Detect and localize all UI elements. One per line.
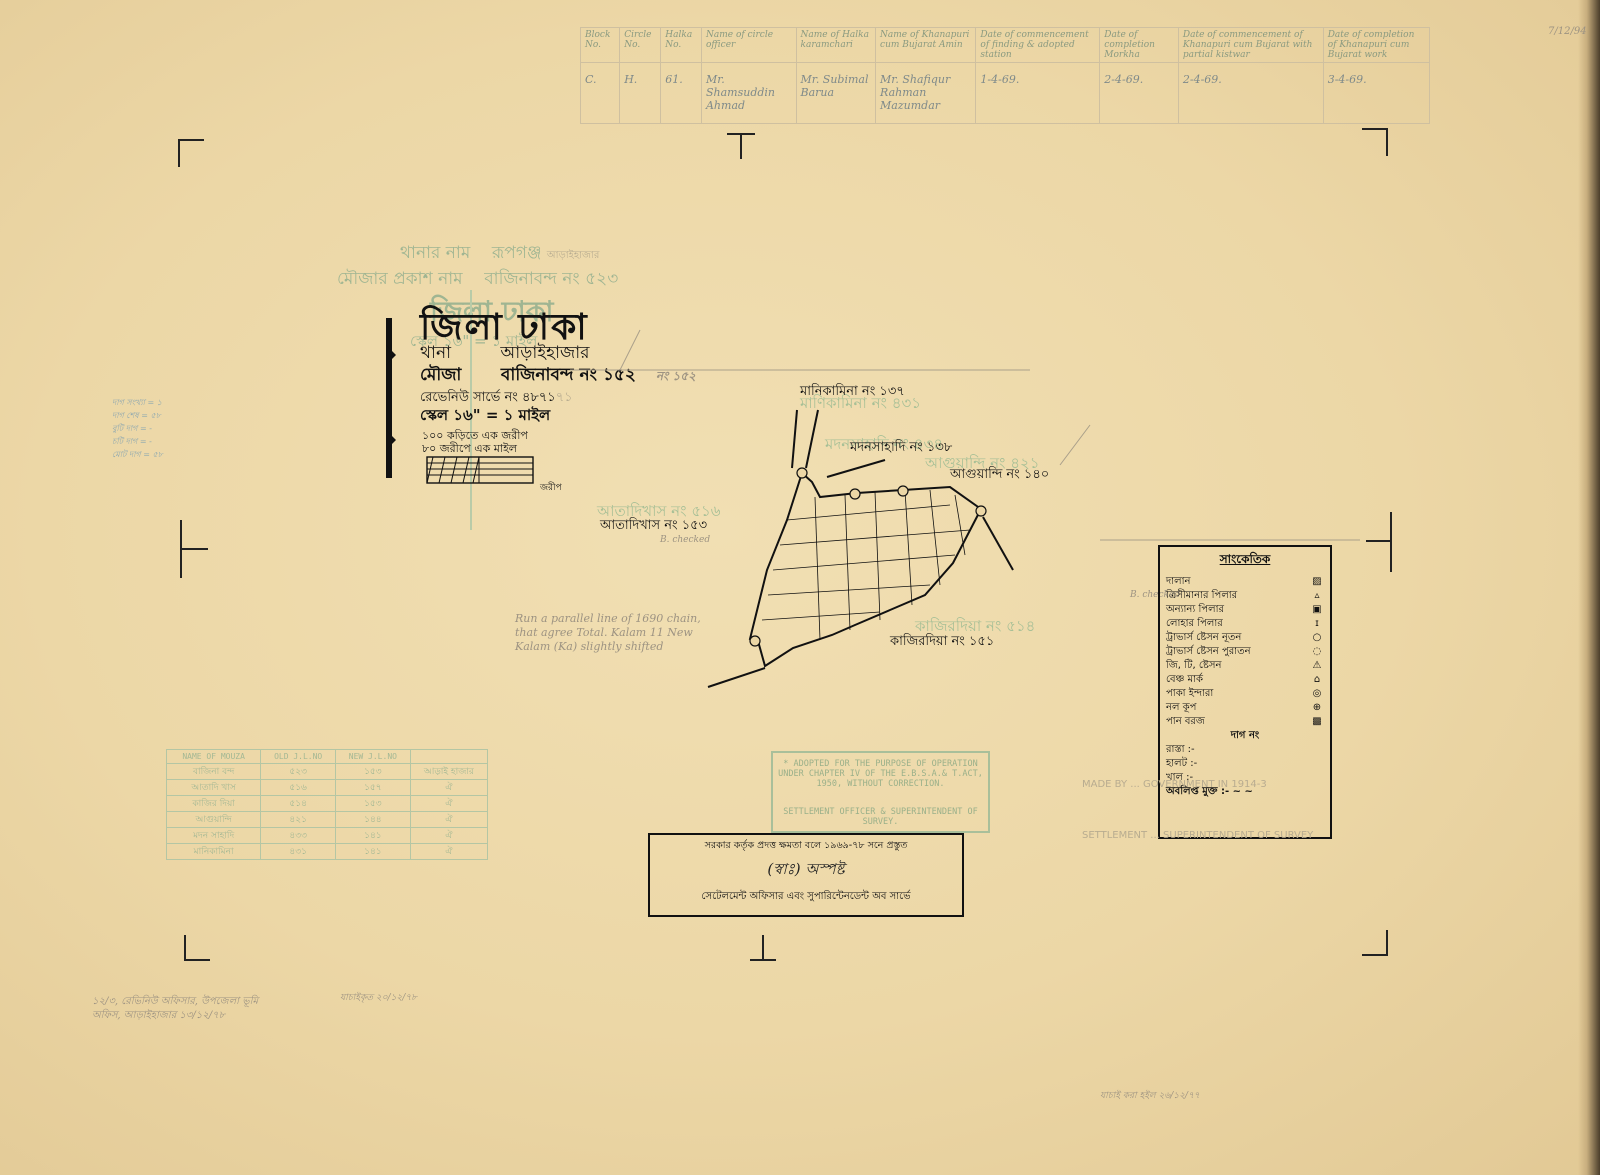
- mouza-jl-table: NAME OF MOUZA OLD J.L.NO NEW J.L.NO বাজি…: [166, 749, 488, 860]
- adj-mouza-label: আগুয়ান্দি নং ১৪০: [950, 465, 1049, 486]
- mouza-cell: মানিকামিনা: [167, 844, 261, 860]
- mouza-cell: ৪৩১: [261, 844, 336, 860]
- table-row: বাজিনা বন্দ৫২৩১৫৩আড়াই হাজার: [167, 764, 488, 780]
- legend-item: ট্রাভার্স ষ্টেসন নূতন○: [1160, 631, 1330, 645]
- legend-label: জি, টি, ষ্টেসন: [1166, 659, 1221, 673]
- legend-item: ত্রিসীমানার পিলার▵: [1160, 589, 1330, 603]
- mouza-cell: ৫২৩: [261, 764, 336, 780]
- pencil-note-bottom-right: যাচাই করা হইল ২৬/১২/৭৭: [1100, 1090, 1360, 1103]
- mouza-cell: ঐ: [410, 828, 487, 844]
- mouza-cell: ৪২১: [261, 812, 336, 828]
- legend-label: ট্রাভার্স ষ্টেসন নূতন: [1166, 631, 1241, 645]
- pencil-note-center-left: Run a parallel line of 1690 chain, that …: [515, 612, 725, 654]
- other-pillar-icon: ▣: [1310, 603, 1324, 617]
- certificate-box: সরকার কর্তৃক প্রদত্ত ক্ষমতা বলে ১৯৬৯-৭৮ …: [648, 833, 964, 917]
- legend-item: নল কূপ⊕: [1160, 701, 1330, 715]
- pencil-note-bottom-center: যাচাইকৃত ২০/১২/৭৮: [340, 990, 417, 1005]
- mouza-cell: ঐ: [410, 796, 487, 812]
- mouza-header: OLD J.L.NO: [261, 750, 336, 764]
- legend-title: সাংকেতিক: [1160, 551, 1330, 571]
- table-row: মানিকামিনা৪৩১১৪১ঐ: [167, 844, 488, 860]
- certificate-bottom: সেটেলমেন্ট অফিসার এবং সুপারিন্টেনডেন্ট অ…: [650, 889, 962, 906]
- building-hatch-icon: ▨: [1310, 575, 1324, 589]
- mouza-header: NAME OF MOUZA: [167, 750, 261, 764]
- stamp-line: UNDER CHAPTER IV OF THE E.B.S.A.& T.ACT,: [773, 769, 988, 779]
- legend-road: রাস্তা :-: [1160, 743, 1330, 757]
- legend-label: ট্রাভার্স ষ্টেসন পুরাতন: [1166, 645, 1251, 659]
- mouza-cell: ১৫৩: [336, 764, 411, 780]
- gt-station-icon: ⚠: [1310, 659, 1324, 673]
- table-row: আতাদি খাস৫১৬১৫৭ঐ: [167, 780, 488, 796]
- mouza-cell: ১৪৪: [336, 812, 411, 828]
- betel-garden-icon: ▩: [1310, 715, 1324, 729]
- adj-mouza-label: কাজিরদিয়া নং ১৫১: [890, 632, 994, 653]
- legend-label: দালান: [1166, 575, 1190, 589]
- adoption-stamp: * ADOPTED FOR THE PURPOSE OF OPERATION U…: [771, 751, 990, 833]
- stamp-line: SETTLEMENT OFFICER & SUPERINTENDENT OF: [773, 807, 988, 817]
- table-row: কাজির দিয়া৫১৪১৫৩ঐ: [167, 796, 488, 812]
- certificate-top: সরকার কর্তৃক প্রদত্ত ক্ষমতা বলে ১৯৬৯-৭৮ …: [650, 839, 962, 854]
- mouza-cell: মদন সাহাদি: [167, 828, 261, 844]
- iron-pillar-icon: ɪ: [1310, 617, 1324, 631]
- legend-label: লোহার পিলার: [1166, 617, 1223, 631]
- mouza-cell: ঐ: [410, 780, 487, 796]
- adj-mouza-label: মানিকামিনা নং ১৩৭: [800, 382, 905, 403]
- traverse-new-icon: ○: [1310, 631, 1324, 645]
- certificate-signature: (স্বাঃ) অস্পষ্ট: [650, 858, 962, 883]
- mouza-cell: ঐ: [410, 844, 487, 860]
- legend-label: অন্যান্য পিলার: [1166, 603, 1224, 617]
- legend-item: পাকা ইন্দারা◎: [1160, 687, 1330, 701]
- stamp-line: 1950, WITHOUT CORRECTION.: [773, 779, 988, 789]
- legend-plot-no: দাগ নং: [1160, 729, 1330, 743]
- faded-print-line: MADE BY ... GOVERNMENT IN 1914-3: [1082, 779, 1267, 790]
- legend-label: নল কূপ: [1166, 701, 1196, 715]
- legend-label: পান বরজ: [1166, 715, 1205, 729]
- faded-print-line: SETTLEMENT ... SUPERINTENDENT OF SURVEY: [1082, 830, 1313, 841]
- legend-item: লোহার পিলারɪ: [1160, 617, 1330, 631]
- map-sheet: Block No. Circle No. Halka No. Name of c…: [0, 0, 1600, 1175]
- pucca-well-icon: ◎: [1310, 687, 1324, 701]
- stamp-line: * ADOPTED FOR THE PURPOSE OF OPERATION: [773, 759, 988, 769]
- mouza-cell: ৫১৬: [261, 780, 336, 796]
- pencil-note-bottom-left: ১২/৩, রেভিনিউ অফিসার, উপজেলা ভূমি অফিস, …: [92, 995, 262, 1023]
- tube-well-icon: ⊕: [1310, 701, 1324, 715]
- adj-mouza-label: আতাদিখাস নং ১৫৩: [600, 516, 707, 537]
- tri-junction-pillar-icon: ▵: [1310, 589, 1324, 603]
- legend-item: অন্যান্য পিলার▣: [1160, 603, 1330, 617]
- legend-item: ট্রাভার্স ষ্টেসন পুরাতন◌: [1160, 645, 1330, 659]
- mouza-header: NEW J.L.NO: [336, 750, 411, 764]
- mouza-cell: আগুয়ান্দি: [167, 812, 261, 828]
- mouza-header: [410, 750, 487, 764]
- mouza-cell: বাজিনা বন্দ: [167, 764, 261, 780]
- mouza-cell: ১৪১: [336, 844, 411, 860]
- legend-item: পান বরজ▩: [1160, 715, 1330, 729]
- legend-label: ত্রিসীমানার পিলার: [1166, 589, 1237, 603]
- mouza-cell: ঐ: [410, 812, 487, 828]
- stamp-line: SURVEY.: [773, 817, 988, 827]
- mouza-cell: কাজির দিয়া: [167, 796, 261, 812]
- mouza-cell: ১৫৩: [336, 796, 411, 812]
- mouza-cell: ১৪১: [336, 828, 411, 844]
- legend-item: জি, টি, ষ্টেসন⚠: [1160, 659, 1330, 673]
- table-row: মদন সাহাদি৪৩৩১৪১ঐ: [167, 828, 488, 844]
- legend-label: পাকা ইন্দারা: [1166, 687, 1213, 701]
- mouza-cell: ১৫৭: [336, 780, 411, 796]
- legend-halot: হালট :-: [1160, 757, 1330, 771]
- legend-item: বেঞ্চ মার্ক⌂: [1160, 673, 1330, 687]
- table-row: আগুয়ান্দি৪২১১৪৪ঐ: [167, 812, 488, 828]
- mouza-cell: ৪৩৩: [261, 828, 336, 844]
- legend-label: বেঞ্চ মার্ক: [1166, 673, 1203, 687]
- traverse-old-icon: ◌: [1310, 645, 1324, 659]
- mouza-cell: আতাদি খাস: [167, 780, 261, 796]
- legend-box: সাংকেতিক দালান▨ ত্রিসীমানার পিলার▵ অন্যা…: [1158, 545, 1332, 839]
- mouza-cell: ৫১৪: [261, 796, 336, 812]
- pencil-note-checked: B. checked: [660, 535, 710, 545]
- legend-item: দালান▨: [1160, 575, 1330, 589]
- bench-mark-icon: ⌂: [1310, 673, 1324, 687]
- mouza-cell: আড়াই হাজার: [410, 764, 487, 780]
